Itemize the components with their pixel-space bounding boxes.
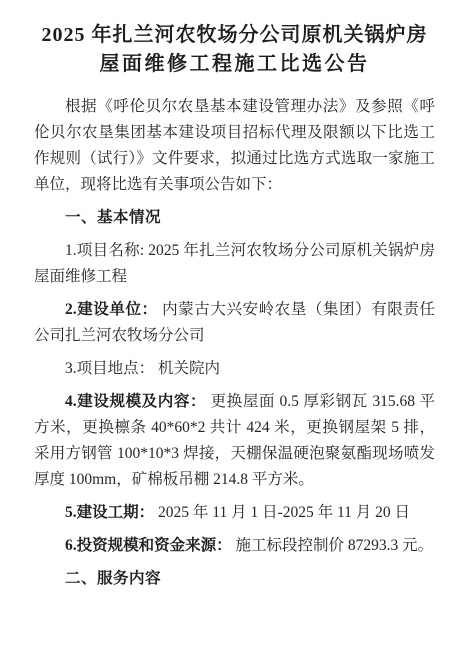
- page-title: 2025 年扎兰河农牧场分公司原机关锅炉房 屋面维修工程施工比选公告: [34, 21, 435, 79]
- item-project-name-label: 1.项目名称:: [65, 242, 148, 259]
- item-investment-funding: 6.投资规模和资金来源： 施工标段控制价 87293.3 元。: [34, 533, 435, 559]
- document-page: 2025 年扎兰河农牧场分公司原机关锅炉房 屋面维修工程施工比选公告 根据《呼伦…: [0, 0, 471, 653]
- item-scale-and-content-label: 4.建设规模及内容：: [65, 393, 211, 410]
- item-construction-period-value: 2025 年 11 月 1 日-2025 年 11 月 20 日: [158, 504, 410, 521]
- item-construction-unit-label: 2.建设单位：: [65, 301, 162, 318]
- item-construction-unit: 2.建设单位： 内蒙古大兴安岭农垦（集团）有限责任公司扎兰河农牧场分公司: [34, 297, 435, 349]
- section-1-heading: 一、基本情况: [34, 205, 435, 231]
- item-construction-period: 5.建设工期： 2025 年 11 月 1 日-2025 年 11 月 20 日: [34, 500, 435, 526]
- item-investment-funding-label: 6.投资规模和资金来源：: [65, 537, 236, 554]
- item-project-location-value: 机关院内: [158, 360, 220, 377]
- intro-paragraph: 根据《呼伦贝尔农垦基本建设管理办法》及参照《呼伦贝尔农垦集团基本建设项目招标代理…: [34, 94, 435, 198]
- title-line-1: 2025 年扎兰河农牧场分公司原机关锅炉房: [34, 21, 435, 50]
- title-line-2: 屋面维修工程施工比选公告: [34, 50, 435, 79]
- item-investment-funding-value: 施工标段控制价 87293.3 元。: [236, 537, 434, 554]
- item-project-name: 1.项目名称: 2025 年扎兰河农牧场分公司原机关锅炉房屋面维修工程: [34, 238, 435, 290]
- item-scale-and-content: 4.建设规模及内容： 更换屋面 0.5 厚彩钢瓦 315.68 平方米，更换檩条…: [34, 389, 435, 493]
- document-body: 根据《呼伦贝尔农垦基本建设管理办法》及参照《呼伦贝尔农垦集团基本建设项目招标代理…: [34, 94, 435, 592]
- item-construction-period-label: 5.建设工期：: [65, 504, 158, 521]
- section-2-heading: 二、服务内容: [34, 566, 435, 592]
- item-project-location: 3.项目地点： 机关院内: [34, 356, 435, 382]
- item-project-location-label: 3.项目地点：: [65, 360, 158, 377]
